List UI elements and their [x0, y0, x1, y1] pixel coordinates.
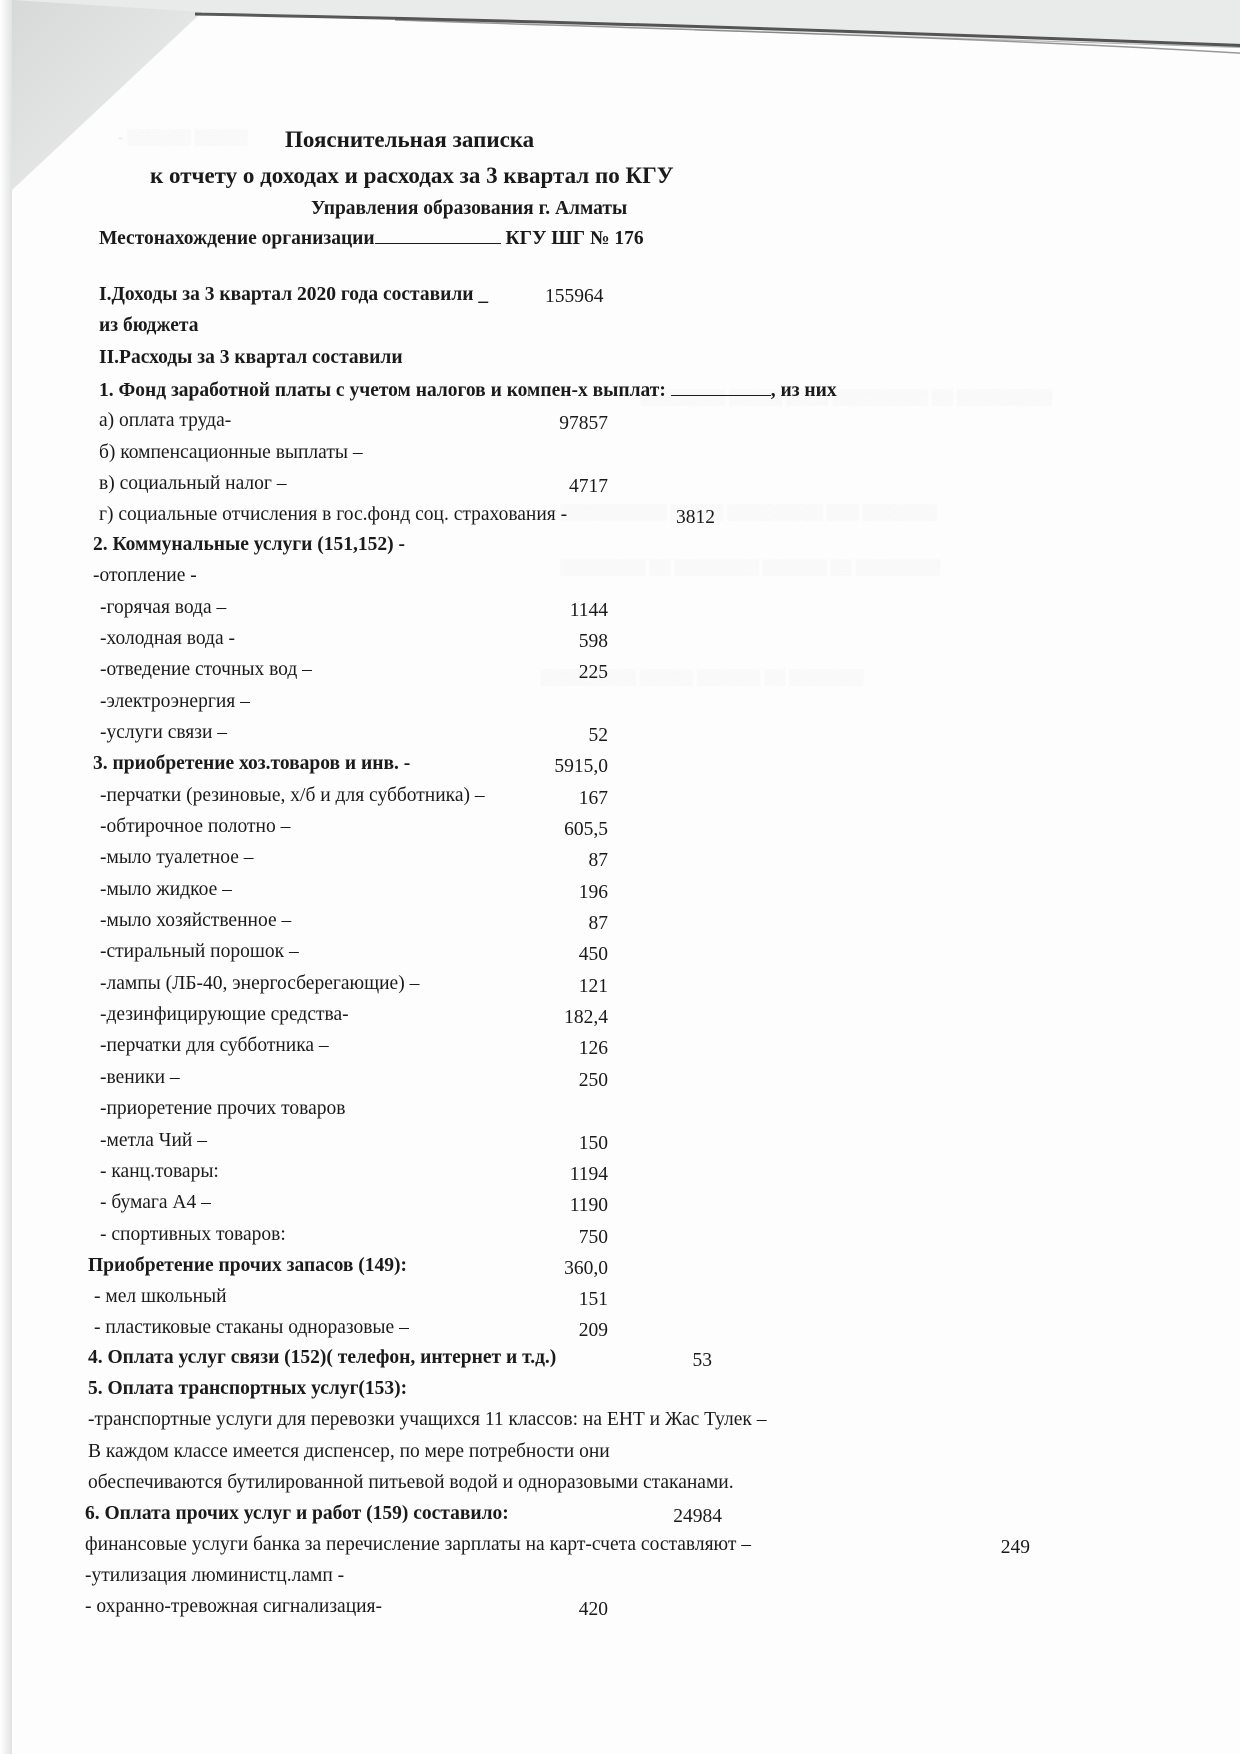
expense-item-label: -отопление -	[93, 564, 197, 588]
expense-item-value: 3812	[676, 506, 715, 530]
section-5-title-value: 53	[693, 1349, 713, 1373]
payroll-total-blank	[671, 377, 771, 396]
expense-item-value: 450	[579, 943, 608, 967]
location-line: Местонахождение организации КГУ ШГ № 176	[99, 225, 644, 251]
expense-item-value: 182,4	[564, 1006, 608, 1030]
bleed-through-text: - ░░░░░░ ░░░░░	[118, 130, 247, 147]
expense-item-value: 87	[589, 912, 609, 936]
expense-item-label: -электроэнергия –	[100, 690, 250, 714]
scan-edge	[0, 0, 14, 1754]
section-7-title-label: 6. Оплата прочих услуг и работ (159) сос…	[85, 1502, 509, 1526]
section-7-title-value: 24984	[673, 1505, 722, 1529]
expenses-heading: II.Расходы за 3 квартал составили	[99, 346, 403, 370]
income-value: 155964	[545, 285, 604, 309]
section-3-title-value: 5915,0	[554, 755, 608, 779]
expense-item-value: 126	[579, 1037, 608, 1061]
section-4-title-value: 360,0	[564, 1257, 608, 1281]
expense-item-label: -холодная вода -	[100, 627, 235, 651]
expense-item-label: б) компенсационные выплаты –	[99, 441, 363, 465]
expense-item-value: 225	[579, 661, 608, 685]
expense-item-value: 250	[579, 1069, 608, 1093]
expense-item-value: 151	[579, 1288, 608, 1312]
expense-item-label: - спортивных товаров:	[100, 1223, 286, 1247]
expense-item-label: -утилизация люминистц.ламп -	[85, 1564, 344, 1588]
bleed-through-text: ░░░░░░░░░░ ░░░░░ ░░░░░░░░░ ░░░ ░░░░░░░	[560, 505, 936, 522]
expense-item-label: - пластиковые стаканы одноразовые –	[94, 1316, 409, 1340]
section-3-title-label: 3. приобретение хоз.товаров и инв. -	[93, 752, 410, 776]
expense-item-value: 1144	[570, 599, 608, 623]
expense-item-value: 750	[579, 1226, 608, 1250]
expense-item-value: 1194	[570, 1163, 608, 1187]
document-title: Пояснительная записка	[285, 128, 534, 152]
section-text-line-label: обеспечиваются бутилированной питьевой в…	[88, 1471, 734, 1495]
expense-item-label: -услуги связи –	[100, 721, 227, 745]
expense-item-label: -лампы (ЛБ-40, энергосберегающие) –	[100, 972, 419, 996]
expense-item-value: 1190	[570, 1194, 608, 1218]
expense-item-value: 209	[579, 1319, 608, 1343]
section-5-title-label: 4. Оплата услуг связи (152)( телефон, ин…	[88, 1346, 556, 1370]
expense-item-label: -мыло хозяйственное –	[100, 909, 291, 933]
expense-item-label: -веники –	[100, 1066, 180, 1090]
section-text-line-label: -транспортные услуги для перевозки учащи…	[88, 1408, 766, 1432]
section-text-line-label: В каждом классе имеется диспенсер, по ме…	[88, 1440, 610, 1464]
department-name: Управления образования г. Алматы	[311, 197, 627, 221]
expense-item-value: 598	[579, 630, 608, 654]
expense-item-value: 249	[1001, 1536, 1030, 1560]
section-4-title-label: Приобретение прочих запасов (149):	[88, 1254, 407, 1278]
expense-item-value: 167	[579, 787, 608, 811]
bleed-through-text: ░░░░░░░░ ░░ ░░░░░░░░ ░░░░░░ ░░ ░░░░░░░░	[560, 560, 940, 577]
expense-item-label: -обтирочное полотно –	[100, 815, 290, 839]
expense-item-label: - охранно-тревожная сигнализация-	[85, 1595, 382, 1619]
expense-item-label: -перчатки (резиновые, х/б и для субботни…	[100, 784, 485, 808]
expense-item-value: 605,5	[564, 818, 608, 842]
organization-name: КГУ ШГ № 176	[506, 228, 644, 249]
expense-item-label: - бумага А4 –	[100, 1191, 211, 1215]
expense-item-value: 150	[579, 1132, 608, 1156]
income-source: из бюджета	[99, 314, 198, 338]
expense-item-label: - канц.товары:	[100, 1160, 219, 1184]
income-label: I.Доходы за 3 квартал 2020 года составил…	[99, 283, 488, 307]
expense-item-value: 121	[579, 975, 608, 999]
section-2-title-label: 2. Коммунальные услуги (151,152) -	[93, 533, 405, 557]
expense-item-label: г) социальные отчисления в гос.фонд соц.…	[99, 503, 567, 527]
expense-item-label: -дезинфицирующие средства-	[100, 1003, 349, 1027]
expense-item-value: 52	[589, 724, 609, 748]
expense-item-label: -горячая вода –	[100, 596, 226, 620]
expense-item-label: в) социальный налог –	[99, 472, 287, 496]
expense-item-value: 87	[589, 849, 609, 873]
expense-item-label: - мел школьный	[94, 1285, 227, 1309]
expense-item-label: -метла Чий –	[100, 1129, 207, 1153]
expense-item-label: -отведение сточных вод –	[100, 658, 312, 682]
document-subtitle: к отчету о доходах и расходах за 3 кварт…	[150, 164, 674, 188]
expense-item-label: -мыло туалетное –	[100, 846, 254, 870]
expense-item-value: 420	[579, 1598, 608, 1622]
expense-item-value: 4717	[569, 475, 608, 499]
location-blank	[375, 225, 501, 244]
section-1-title: 1. Фонд заработной платы с учетом налого…	[99, 377, 837, 403]
expense-item-label: -стиральный порошок –	[100, 940, 299, 964]
section-6-title-label: 5. Оплата транспортных услуг(153):	[88, 1377, 407, 1401]
expense-item-value: 196	[579, 881, 608, 905]
expense-item-label: а) оплата труда-	[99, 409, 231, 433]
expense-item-label: -приоретение прочих товаров	[100, 1097, 345, 1121]
expense-item-label: -мыло жидкое –	[100, 878, 232, 902]
location-label: Местонахождение организации	[99, 228, 375, 249]
expense-item-label: финансовые услуги банка за перечисление …	[85, 1533, 751, 1557]
expense-item-label: -перчатки для субботника –	[100, 1034, 329, 1058]
expense-item-value: 97857	[559, 412, 608, 436]
